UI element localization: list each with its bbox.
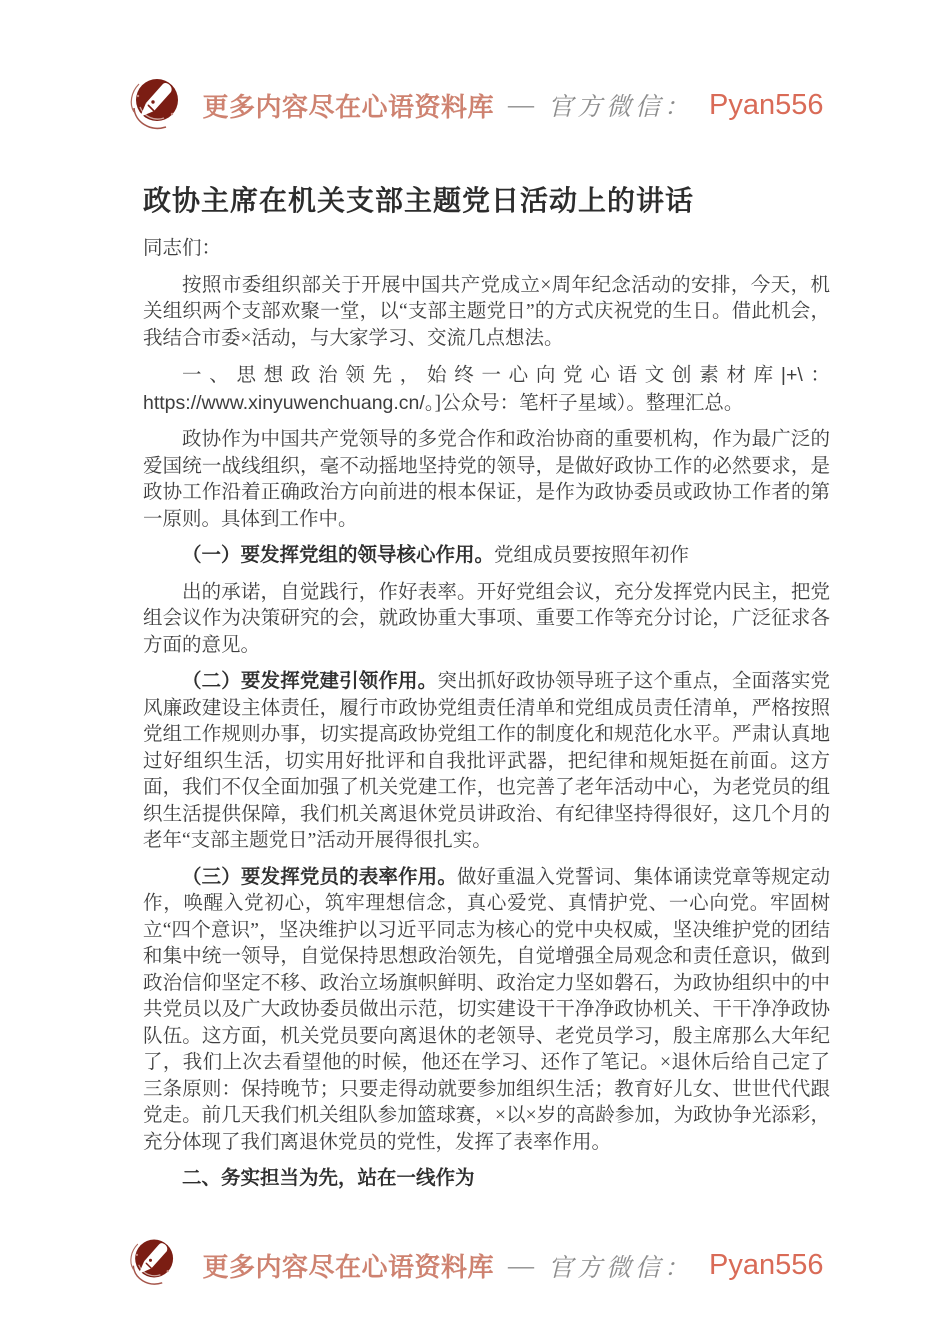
header-watermark-banner: 更多内容尽在心语资料库—官方微信：Pyan556 (0, 0, 950, 136)
banner-wechat-label: 官方微信： (548, 1248, 693, 1284)
paragraph-cppcc-role: 政协作为中国共产党领导的多党合作和政治协商的重要机构，作为最广泛的爱国统一战线组… (143, 427, 830, 533)
paragraph-intro-text: 按照市委组织部关于开展中国共产党成立×周年纪念活动的安排，今天，机关组织两个支部… (143, 275, 830, 349)
paragraph-point-1-body: 出的承诺，自觉践行，作好表率。开好党组会议，充分发挥党内民主，把党组会议作为决策… (143, 580, 830, 660)
banner-separator: — (508, 1251, 534, 1281)
banner-wechat-id: Pyan556 (709, 1249, 824, 1282)
paragraph-intro: 按照市委组织部关于开展中国共产党成立×周年纪念活动的安排，今天，机关组织两个支部… (143, 273, 830, 353)
point-2-heading-bold: （二）要发挥党建引领作用。 (182, 671, 437, 692)
paragraph-cppcc-role-text: 政协作为中国共产党领导的多党合作和政治协商的重要机构，作为最广泛的爱国统一战线组… (143, 429, 830, 530)
banner-brand-text: 更多内容尽在心语资料库 (202, 1247, 494, 1284)
pen-in-circle-icon (126, 1235, 190, 1297)
paragraph-section-1-title: 一、思想政治领先，始终一心向党心语文创素材库|+\：https://www.xi… (143, 362, 830, 417)
paragraph-section-2-title: 二、务实担当为先，站在一线作为 (143, 1166, 830, 1193)
banner-separator: — (508, 90, 534, 120)
section-1-title-text: 一、思想政治领先，始终一心向党心语文创素材库 (182, 365, 781, 386)
footer-watermark-banner: 更多内容尽在心语资料库—官方微信：Pyan556 (0, 1235, 950, 1297)
section-2-title-text: 二、务实担当为先，站在一线作为 (182, 1168, 475, 1189)
document-title: 政协主席在机关支部主题党日活动上的讲话 (143, 182, 830, 220)
banner-brand-text: 更多内容尽在心语资料库 (202, 87, 494, 124)
pen-in-circle-icon (126, 74, 190, 136)
salutation: 同志们： (143, 236, 830, 263)
paragraph-point-1-heading: （一）要发挥党组的领导核心作用。党组成员要按照年初作 (143, 543, 830, 570)
point-2-body-text: 突出抓好政协领导班子这个重点，全面落实党风廉政建设主体责任，履行市政协党组责任清… (143, 671, 830, 851)
banner-wechat-id: Pyan556 (709, 89, 824, 122)
banner-wechat-label: 官方微信： (548, 87, 693, 123)
watermark-source-text: 。]公众号：笔杆子星域）。整理汇总。 (425, 393, 744, 414)
point-3-body-text: 做好重温入党誓词、集体诵读党章等规定动作，唤醒入党初心，筑牢理想信念，真心爱党、… (143, 867, 830, 1153)
point-1-heading-rest: 党组成员要按照年初作 (494, 545, 689, 566)
document-content: 政协主席在机关支部主题党日活动上的讲话 同志们： 按照市委组织部关于开展中国共产… (143, 182, 830, 1193)
paragraph-point-3: （三）要发挥党员的表率作用。做好重温入党誓词、集体诵读党章等规定动作，唤醒入党初… (143, 865, 830, 1157)
point-1-heading-bold: （一）要发挥党组的领导核心作用。 (182, 545, 494, 566)
document-page: 更多内容尽在心语资料库—官方微信：Pyan556 政协主席在机关支部主题党日活动… (0, 0, 950, 1344)
paragraph-point-1-body-text: 出的承诺，自觉践行，作好表率。开好党组会议，充分发挥党内民主，把党组会议作为决策… (143, 582, 830, 656)
paragraph-point-2: （二）要发挥党建引领作用。突出抓好政协领导班子这个重点，全面落实党风廉政建设主体… (143, 669, 830, 855)
point-3-heading-bold: （三）要发挥党员的表率作用。 (182, 867, 457, 888)
